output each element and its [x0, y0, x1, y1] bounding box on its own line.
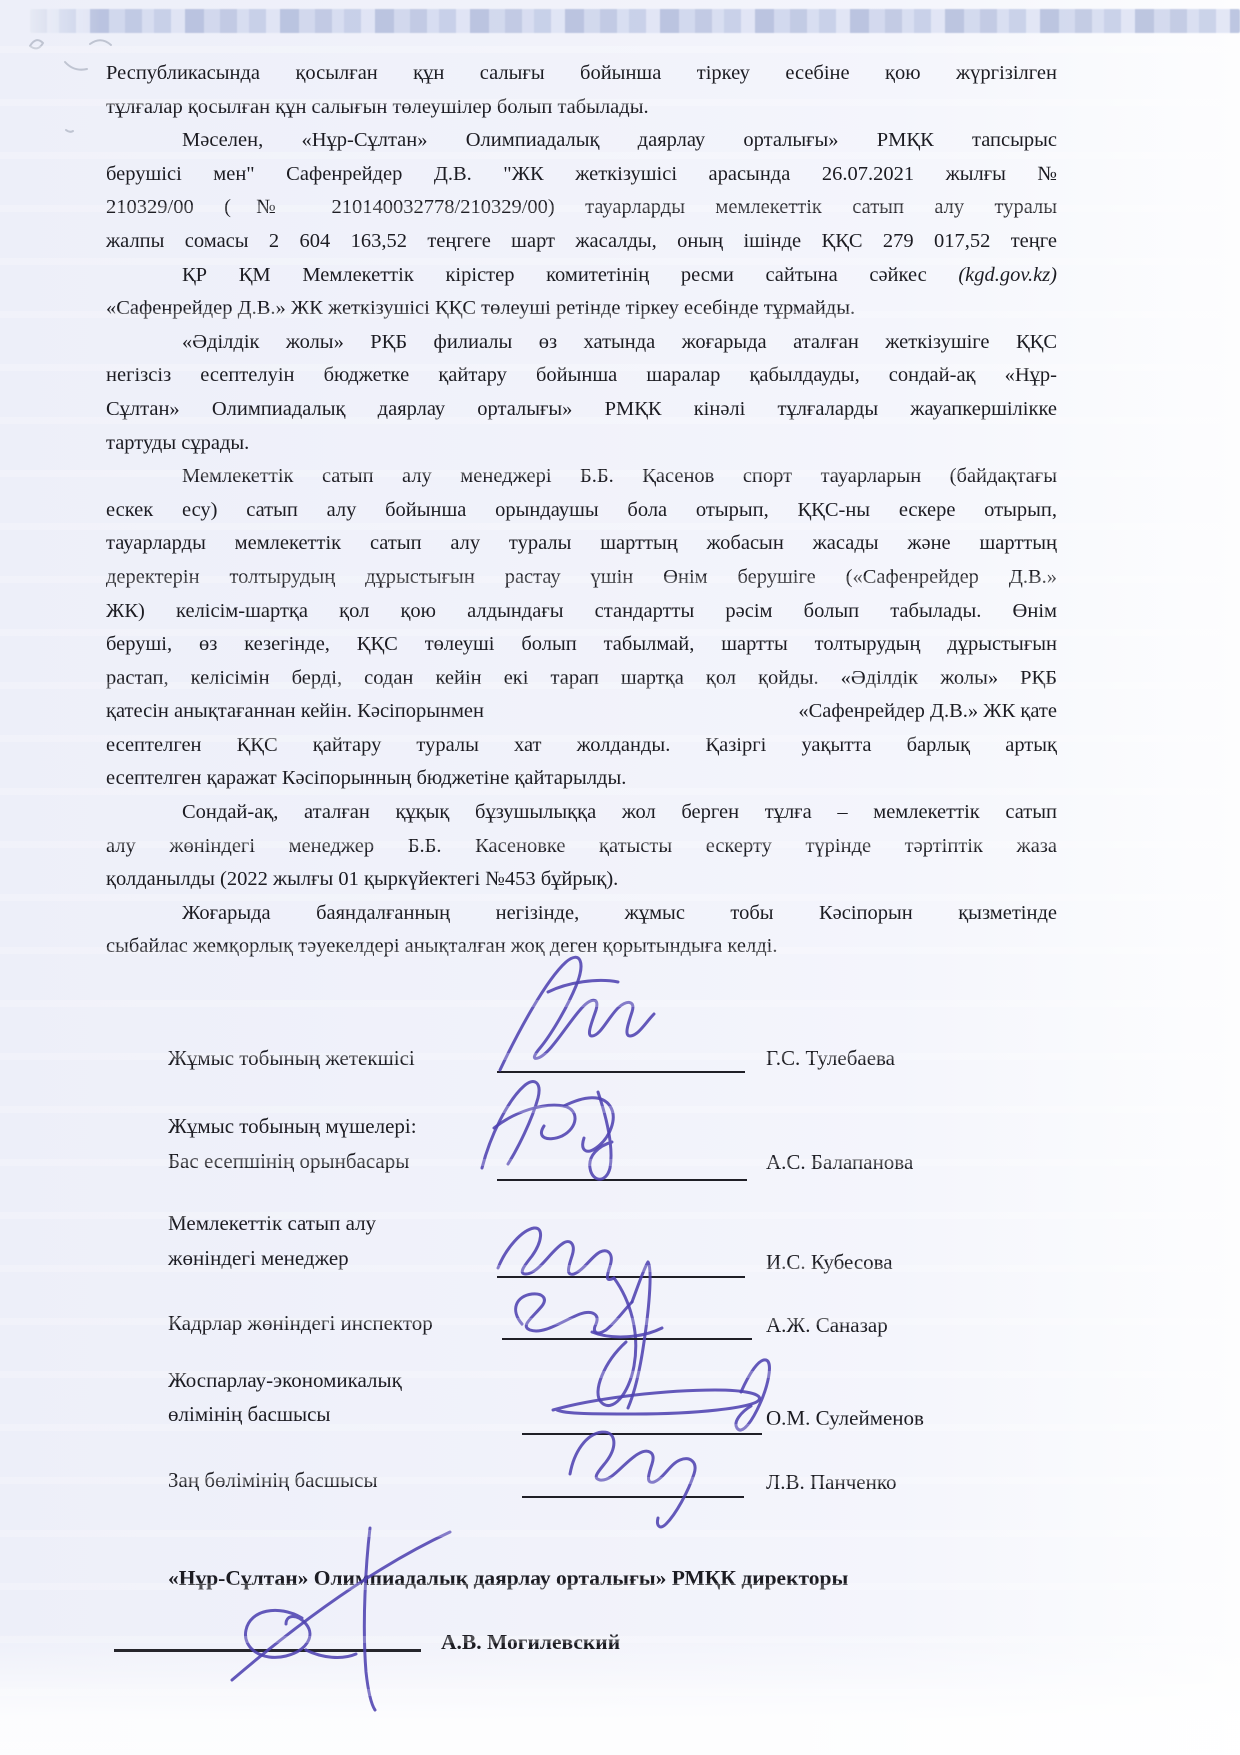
signature-line	[497, 1276, 745, 1278]
sig-label-planning-econ-2: өлімінің басшысы	[168, 1402, 331, 1427]
text-line: «Сафенрейдер Д.В.» ЖК жеткізушісі ҚҚС тө…	[106, 292, 1057, 326]
text-line: есептелген ҚҚС қайтару туралы хат жолдан…	[106, 729, 1057, 763]
scanned-document-page: Республикасында қосылған құн салығы бойы…	[0, 0, 1240, 1755]
text-line: ҚР ҚМ Мемлекеттік кірістер комитетінің р…	[106, 259, 1057, 293]
text-line: жалпы сомасы 2 604 163,52 теңгеге шарт ж…	[106, 225, 1057, 259]
text-line: алу жөніндегі менеджер Б.Б. Касеновке қа…	[106, 830, 1057, 864]
text-line: Сондай-ақ, аталған құқық бұзушылыққа жол…	[106, 796, 1057, 830]
signature-tulebayeva-ink	[488, 952, 668, 1078]
text-line: беруші, өз кезегінде, ҚҚС төлеуші болып …	[106, 628, 1057, 662]
text-line: қолданылды (2022 жылғы 01 қыркүйектегі №…	[106, 863, 1057, 897]
sig-name-suleimenov: О.М. Сулейменов	[766, 1406, 924, 1431]
sig-label-hr-inspector: Кадрлар жөніндегі инспектор	[168, 1311, 433, 1336]
signature-mogilevskiy-ink	[198, 1522, 463, 1714]
signature-balapanova-ink	[468, 1072, 668, 1184]
text-line: қатесін анықтағаннан кейін. Кәсіпорынмен…	[106, 695, 1057, 729]
text-line: берушісі мен" Сафенрейдер Д.В. "ЖК жеткі…	[106, 158, 1057, 192]
signature-suleimenov-ink	[545, 1352, 780, 1444]
signature-line	[497, 1179, 747, 1181]
text-line: Мәселен, «Нұр-Сұлтан» Олимпиадалық даярл…	[106, 124, 1057, 158]
sig-label-working-group-members: Жұмыс тобының мүшелері:	[168, 1114, 417, 1139]
sig-label-planning-econ-1: Жоспарлау-экономикалық	[168, 1368, 402, 1393]
sig-label-procurement-1: Мемлекеттік сатып алу	[168, 1211, 376, 1236]
signature-line	[502, 1338, 752, 1340]
signature-line	[522, 1496, 744, 1498]
text-line: тұлғалар қосылған құн салығын төлеушілер…	[106, 91, 1057, 125]
text-line: тауарларды мемлекеттік сатып алу туралы …	[106, 527, 1057, 561]
text-line: тартуды сұрады.	[106, 427, 1057, 461]
director-name-mogilevskiy: А.В. Могилевский	[441, 1630, 620, 1655]
sig-label-deputy-chief-accountant: Бас есепшінің орынбасары	[168, 1149, 409, 1174]
text-line: растап, келісімін берді, содан кейін екі…	[106, 662, 1057, 696]
text-line: сыбайлас жемқорлық тәуекелдері анықталға…	[106, 930, 1057, 964]
director-signature-line	[114, 1649, 421, 1652]
text-line: деректерін толтырудың дұрыстығын растау …	[106, 561, 1057, 595]
sig-name-sanazar: А.Ж. Саназар	[766, 1313, 888, 1338]
signature-line	[497, 1071, 745, 1073]
text-line: негізсіз есептелуін бюджетке қайтару бой…	[106, 359, 1057, 393]
text-line: «Әділдік жолы» РҚБ филиалы өз хатында жо…	[106, 326, 1057, 360]
sig-name-panchenko: Л.В. Панченко	[766, 1470, 896, 1495]
signature-sanazar-ink	[492, 1258, 717, 1413]
document-body: Республикасында қосылған құн салығы бойы…	[106, 57, 1057, 964]
sig-name-balapanova: А.С. Балапанова	[766, 1150, 913, 1175]
text-line: Мемлекеттік сатып алу менеджері Б.Б. Қас…	[106, 460, 1057, 494]
scanner-artifact-band	[30, 9, 1240, 33]
sig-label-legal-head: Заң бөлімінің басшысы	[168, 1468, 378, 1493]
text-line: Жоғарыда баяндалғанның негізінде, жұмыс …	[106, 897, 1057, 931]
text-line: ескек есу) сатып алу бойынша орындаушы б…	[106, 494, 1057, 528]
signature-line	[522, 1433, 762, 1435]
text-line: 210329/00 (№ 210140032778/210329/00) тау…	[106, 191, 1057, 225]
director-title: «Нұр-Сұлтан» Олимпиадалық даярлау орталы…	[168, 1566, 848, 1591]
text-line: ЖК) келісім-шартқа қол қою алдындағы ста…	[106, 595, 1057, 629]
sig-name-tulebayeva: Г.С. Тулебаева	[766, 1046, 895, 1071]
signature-kubessova-ink	[488, 1216, 678, 1426]
sig-label-working-group-leader: Жұмыс тобының жетекшісі	[168, 1046, 415, 1071]
sig-label-procurement-2: жөніндегі менеджер	[168, 1246, 349, 1271]
sig-name-kubessova: И.С. Кубесова	[766, 1250, 893, 1275]
text-line: Республикасында қосылған құн салығы бойы…	[106, 57, 1057, 91]
text-line: Сұлтан» Олимпиадалық даярлау орталығы» Р…	[106, 393, 1057, 427]
text-line: есептелген қаражат Кәсіпорынның бюджетін…	[106, 762, 1057, 796]
